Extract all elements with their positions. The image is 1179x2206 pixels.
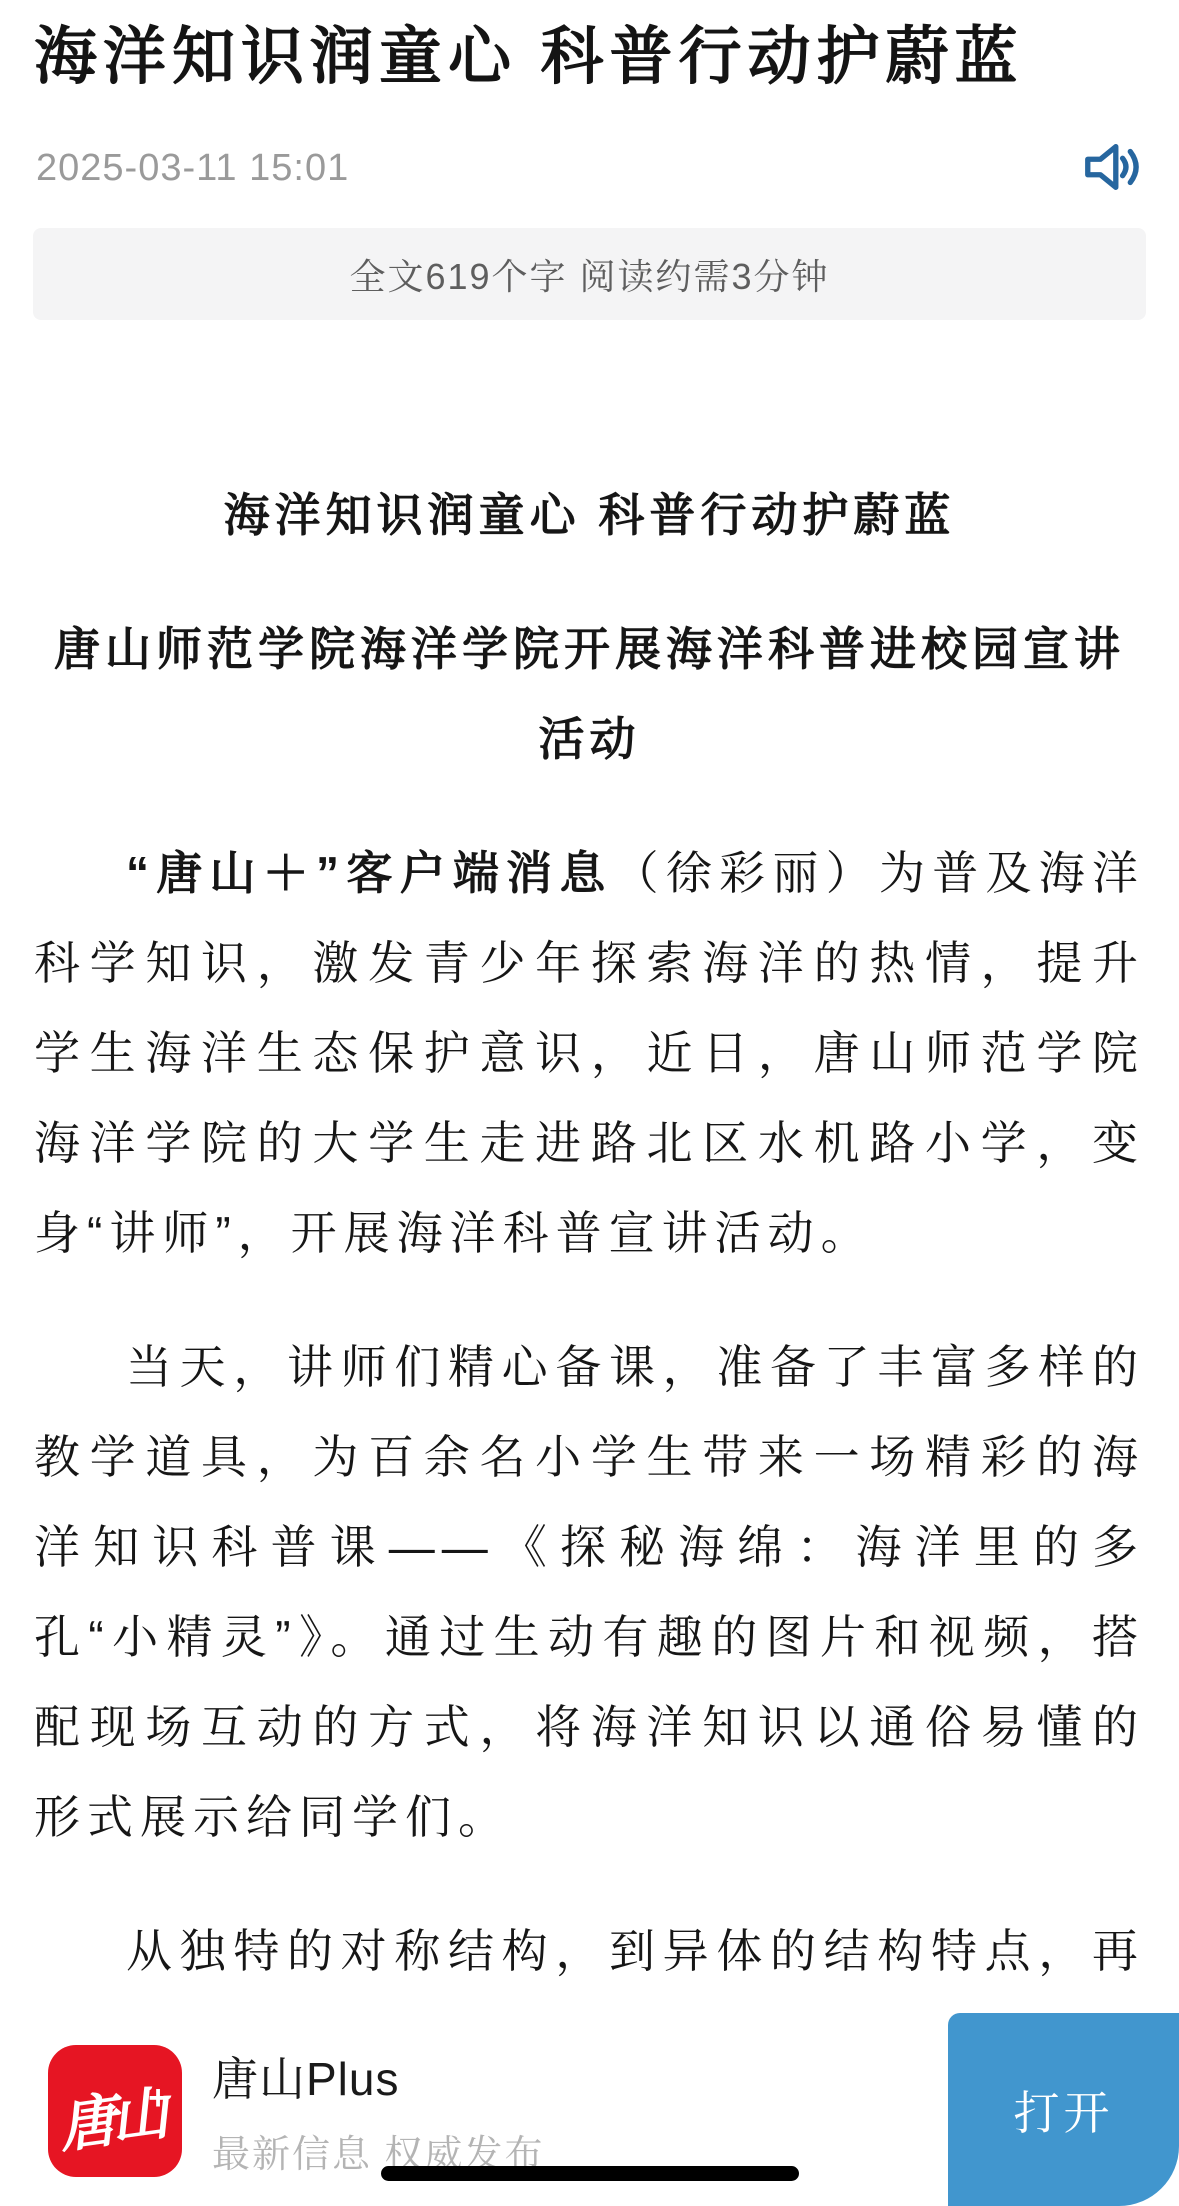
article-body: 海洋知识润童心 科普行动护蔚蓝 唐山师范学院海洋学院开展海洋科普进校园宣讲活动 … [34,470,1145,2086]
open-app-button[interactable]: 打开 [948,2013,1179,2206]
paragraph-1-lead: “唐山＋”客户端消息 [126,847,613,899]
app-logo: 唐山 + [48,2045,182,2177]
paragraph-1-text: （徐彩丽）为普及海洋科学知识，激发青少年探索海洋的热情，提升学生海洋生态保护意识… [34,847,1145,1259]
article-subheading: 唐山师范学院海洋学院开展海洋科普进校园宣讲活动 [34,604,1145,784]
article-page: 海洋知识润童心 科普行动护蔚蓝 2025-03-11 15:01 全文619个字… [0,0,1179,2206]
publish-date: 2025-03-11 15:01 [36,147,349,190]
page-title: 海洋知识润童心 科普行动护蔚蓝 [34,18,1145,96]
date-row: 2025-03-11 15:01 [36,142,1139,194]
speaker-icon [1081,141,1139,196]
word-count-bar: 全文619个字 阅读约需3分钟 [33,228,1146,320]
paragraph-2: 当天，讲师们精心备课，准备了丰富多样的教学道具，为百余名小学生带来一场精彩的海洋… [34,1322,1145,1862]
home-indicator[interactable] [381,2166,799,2181]
logo-plus-sign: + [148,2079,168,2118]
app-info: 唐山Plus 最新信息 权威发布 [212,2043,545,2178]
app-name: 唐山Plus [212,2043,545,2109]
read-aloud-button[interactable] [1081,142,1139,194]
word-count-text: 全文619个字 阅读约需3分钟 [349,249,829,300]
paragraph-1: “唐山＋”客户端消息（徐彩丽）为普及海洋科学知识，激发青少年探索海洋的热情，提升… [34,828,1145,1278]
article-heading: 海洋知识润童心 科普行动护蔚蓝 [34,470,1145,560]
